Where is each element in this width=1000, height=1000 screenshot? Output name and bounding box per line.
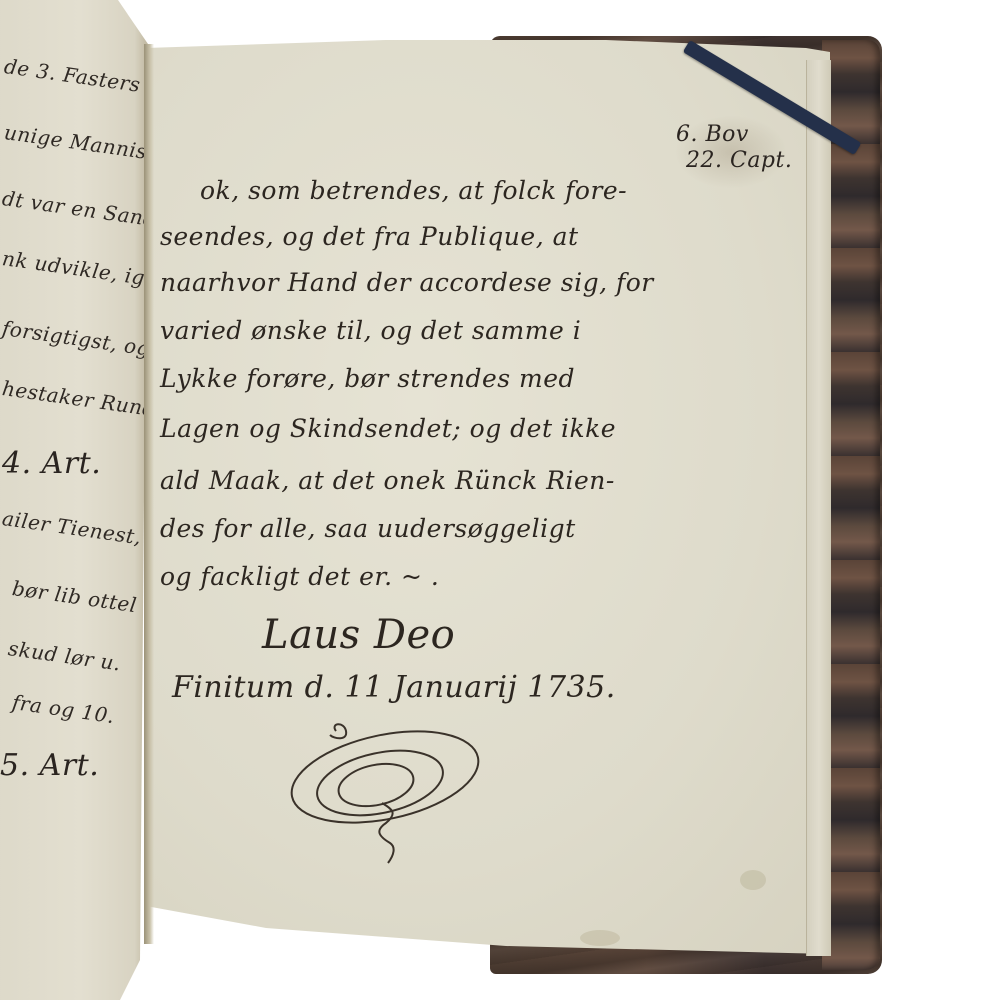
manuscript-line: Lagen og Skindsendet; og det ikke	[160, 414, 616, 443]
manuscript-line: Lykke forøre, bør strendes med	[160, 364, 575, 393]
manuscript-line: ok, som betrendes, at folck fore-	[200, 176, 627, 205]
manuscript-line: naarhvor Hand der accordese sig, for	[160, 268, 654, 297]
page-edge-stack	[806, 60, 831, 956]
manuscript-line: varied ønske til, og det samme i	[160, 316, 581, 345]
reference-mark-line1: 6. Bov	[676, 122, 792, 148]
manuscript-line: seendes, og det fra Publique, at	[160, 222, 579, 251]
left-page-article-heading: 4. Art.	[2, 446, 101, 481]
laus-deo-heading: Laus Deo	[262, 612, 455, 658]
manuscript-line: ald Maak, at det onek Rünck Rien-	[160, 466, 615, 495]
signature-flourish-icon	[270, 705, 480, 865]
finitum-date-line: Finitum d. 11 Januarij 1735.	[172, 670, 616, 705]
reference-mark: 6. Bov 22. Capt.	[676, 122, 792, 174]
manuscript-line: og fackligt det er. ~ .	[160, 562, 439, 591]
gutter-fold	[144, 44, 154, 944]
reference-mark-line2: 22. Capt.	[676, 148, 792, 174]
manuscript-line: des for alle, saa uudersøggeligt	[160, 514, 576, 543]
foxing-stain	[740, 870, 766, 890]
left-page-article-heading: 5. Art.	[0, 748, 99, 783]
foxing-stain	[580, 930, 620, 946]
manuscript-photo: de 3. Fasters tiger unige Mannisund dt v…	[0, 0, 1000, 1000]
